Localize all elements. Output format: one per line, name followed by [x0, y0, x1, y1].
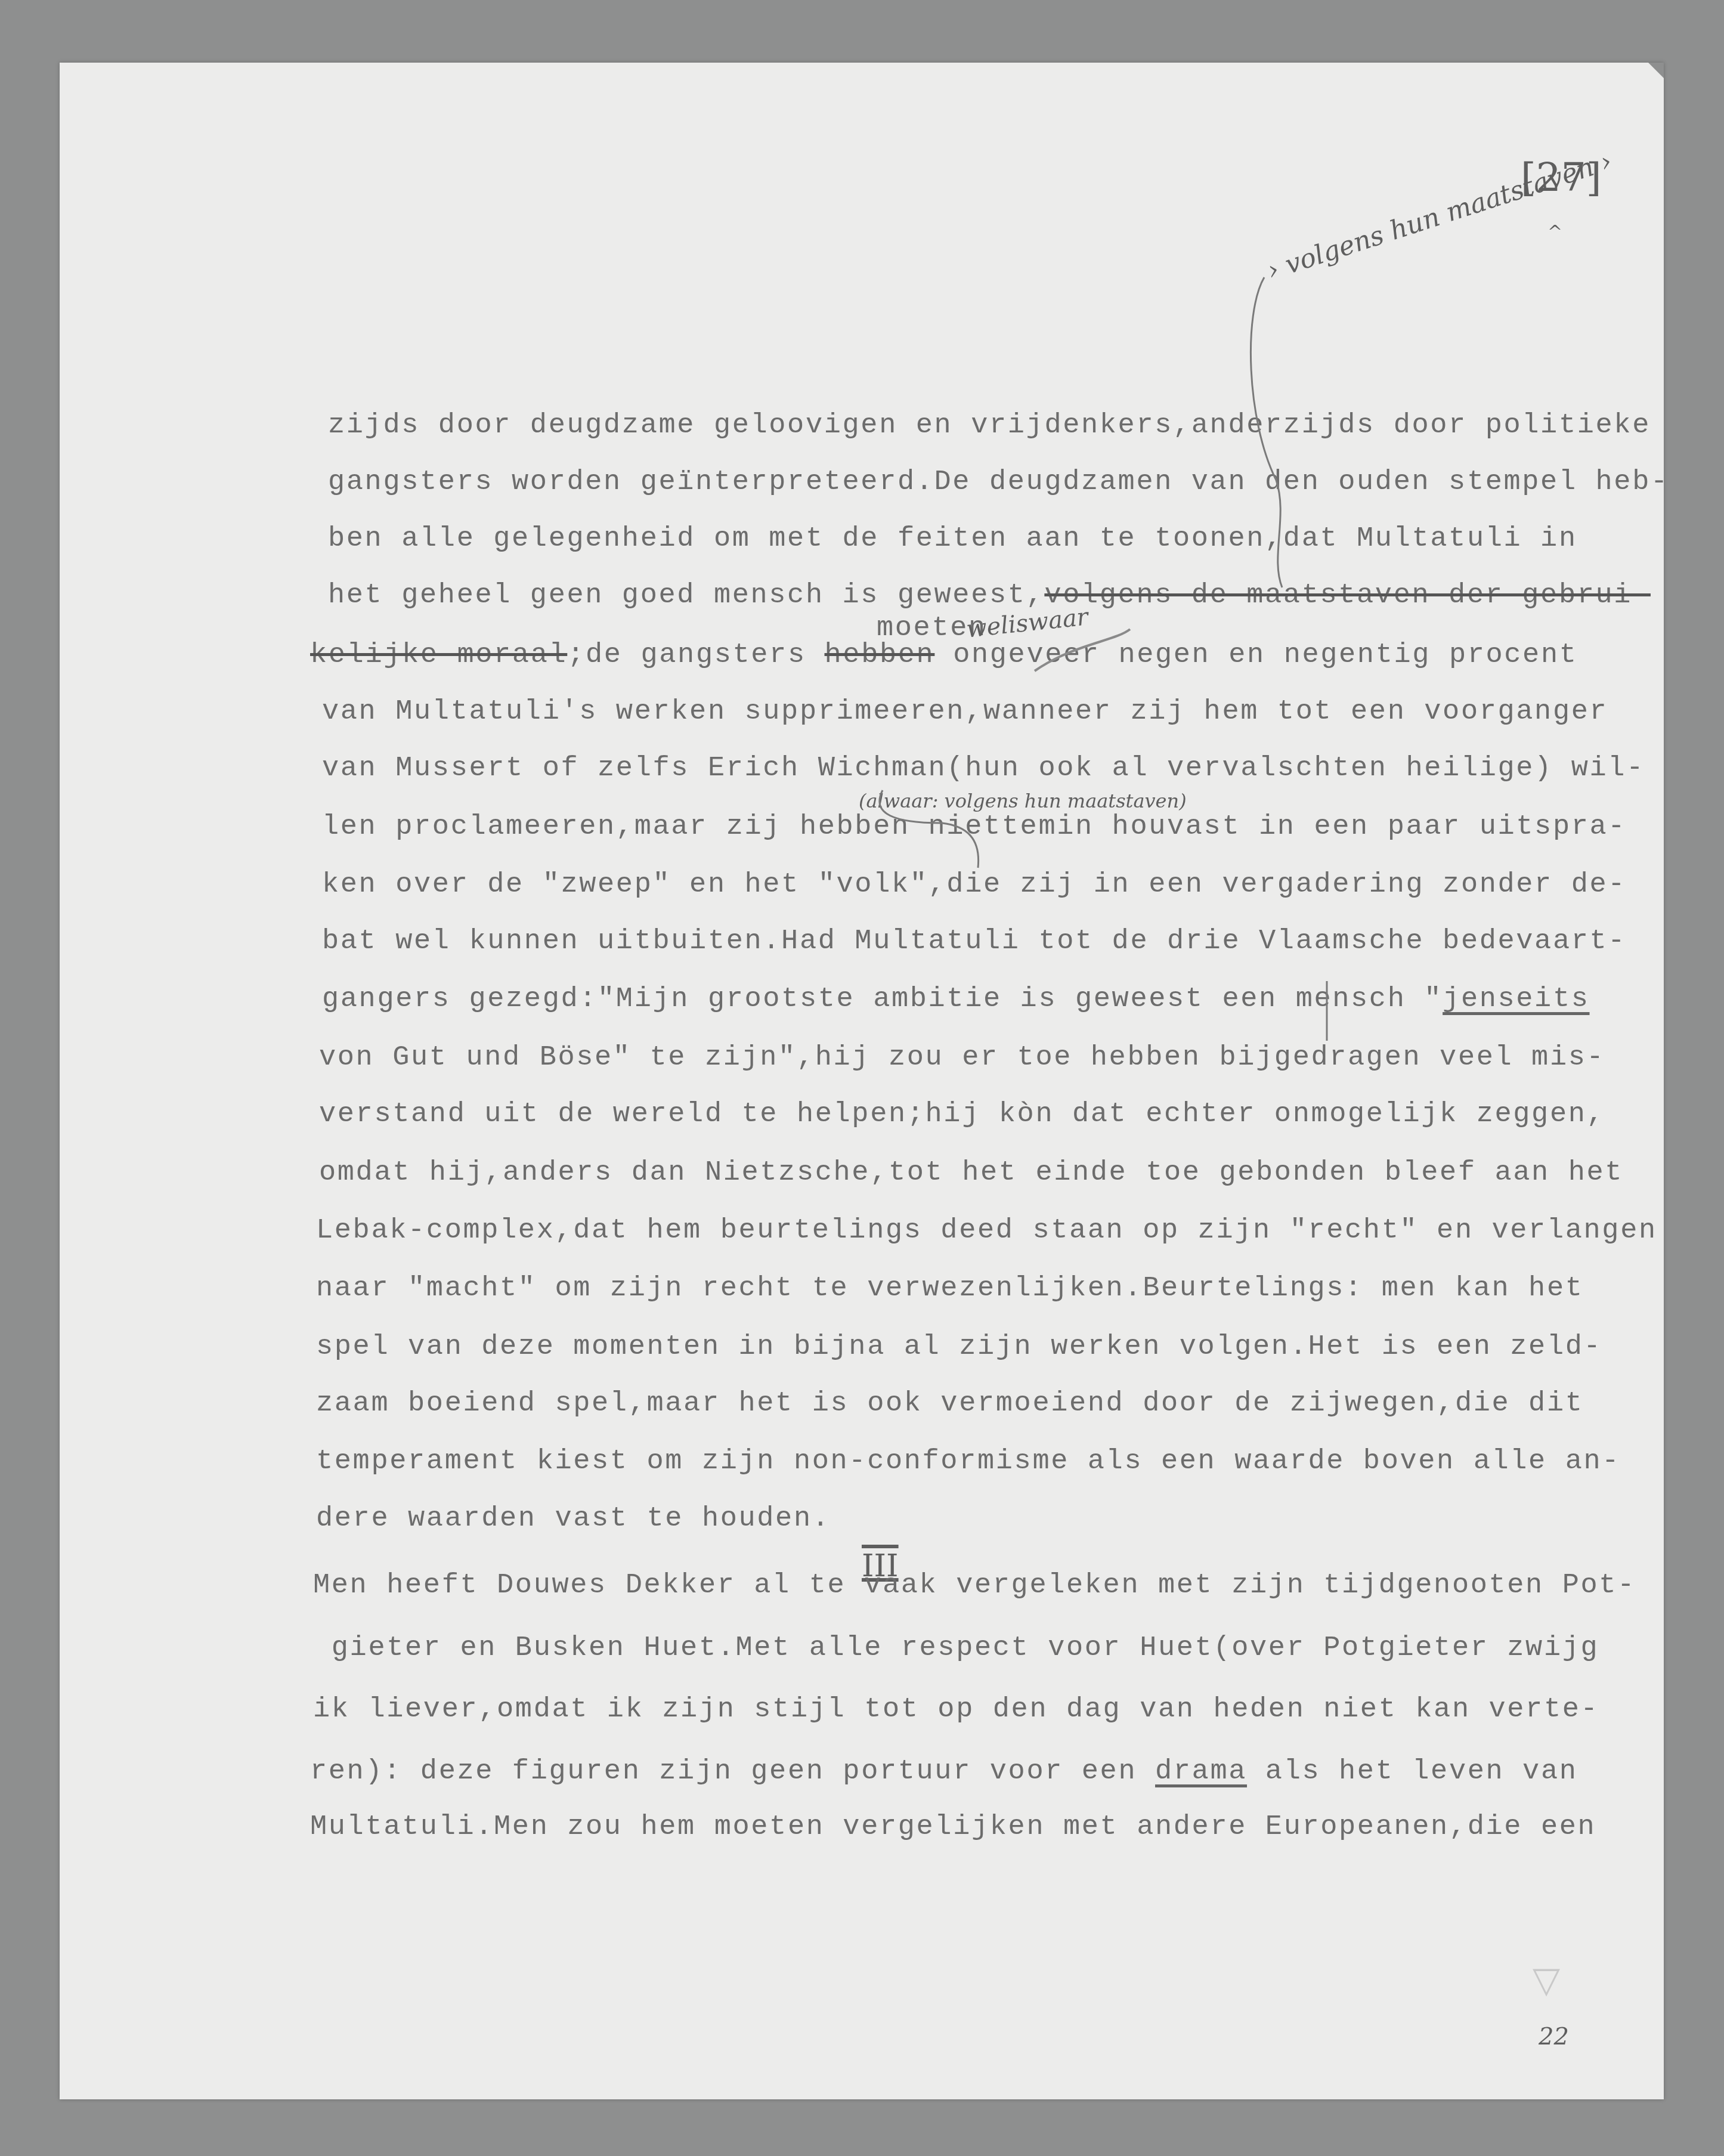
struck-text: hebben — [825, 639, 935, 671]
line-text: dere waarden vast te houden. — [316, 1503, 831, 1535]
typed-line-6: van Multatuli's werken supprimeeren,wann… — [322, 698, 1608, 726]
line-text: bat wel kunnen uitbuiten.Had Multatuli t… — [322, 926, 1626, 957]
line-text: zaam boeiend spel,maar het is ook vermoe… — [316, 1388, 1584, 1419]
typed-line-9: ken over de "zweep" en het "volk",die zi… — [322, 871, 1626, 899]
line-text: van Mussert of zelfs Erich Wichman(hun o… — [322, 753, 1645, 784]
line-text: len proclameeren,maar zij hebben niettem… — [322, 811, 1626, 843]
typed-line-25: Multatuli.Men zou hem moeten vergelijken… — [310, 1813, 1596, 1841]
line-text: ren): deze figuren zijn geen portuur voo… — [310, 1756, 1155, 1787]
struck-text: kelijke moraal — [310, 639, 567, 671]
typed-line-12: von Gut und Böse" te zijn",hij zou er to… — [319, 1044, 1605, 1072]
line-text: naar "macht" om zijn recht te verwezenli… — [316, 1273, 1584, 1304]
typed-line-10: bat wel kunnen uitbuiten.Had Multatuli t… — [322, 927, 1626, 955]
typed-line-23: ik liever,omdat ik zijn stijl tot op den… — [313, 1696, 1599, 1724]
typed-line-5: kelijke moraal;de gangsters hebben ongev… — [310, 641, 1578, 669]
line-text: ongeveer negen en negentig procent — [934, 639, 1577, 671]
line-text: gangers gezegd:"Mijn grootste ambitie is… — [322, 983, 1443, 1015]
typescript-page: [27] ^ › volgens hun maatstaven › zijds … — [60, 63, 1664, 2099]
line-text: temperament kiest om zijn non-conformism… — [316, 1446, 1620, 1477]
underlined-text: jenseits — [1443, 983, 1589, 1015]
struck-text: volgens de maatstaven der gebrui- — [1044, 580, 1651, 611]
typed-line-7: van Mussert of zelfs Erich Wichman(hun o… — [322, 754, 1645, 782]
typed-line-16: naar "macht" om zijn recht te verwezenli… — [316, 1275, 1584, 1303]
typed-line-8: len proclameeren,maar zij hebben niettem… — [322, 813, 1626, 841]
line-text: omdat hij,anders dan Nietzsche,tot het e… — [319, 1157, 1623, 1189]
faint-pencil-sketch: ▽ — [1533, 1962, 1560, 1998]
line-text: Multatuli.Men zou hem moeten vergelijken… — [310, 1811, 1596, 1843]
line-text: het geheel geen goed mensch is geweest, — [328, 580, 1044, 611]
typed-line-2: gangsters worden geïnterpreteerd.De deug… — [328, 468, 1669, 496]
typed-line-4: het geheel geen goed mensch is geweest,v… — [328, 581, 1651, 610]
caret-mark: ^ — [1547, 224, 1562, 242]
marginal-note-top-right: › volgens hun maatstaven › — [1264, 148, 1615, 284]
marginal-note-alwaar: (alwaar: volgens hun maatstaven) — [859, 791, 1187, 811]
typed-line-11: gangers gezegd:"Mijn grootste ambitie is… — [322, 985, 1590, 1013]
typed-line-14: omdat hij,anders dan Nietzsche,tot het e… — [319, 1159, 1623, 1187]
typed-line-21: Men heeft Douwes Dekker al te vaak verge… — [313, 1572, 1636, 1600]
line-text: verstand uit de wereld te helpen;hij kòn… — [319, 1099, 1605, 1130]
line-text: spel van deze momenten in bijna al zijn … — [316, 1331, 1602, 1363]
typed-line-1: zijds door deugdzame geloovigen en vrijd… — [328, 412, 1651, 440]
typed-line-15: Lebak-complex,dat hem beurtelings deed s… — [316, 1217, 1657, 1245]
line-text: von Gut und Böse" te zijn",hij zou er to… — [319, 1042, 1605, 1074]
line-text: Men heeft Douwes Dekker al te vaak verge… — [313, 1570, 1636, 1601]
typed-line-13: verstand uit de wereld te helpen;hij kòn… — [319, 1100, 1605, 1128]
line-text: ben alle gelegenheid om met de feiten aa… — [328, 523, 1577, 555]
typed-line-18: zaam boeiend spel,maar het is ook vermoe… — [316, 1390, 1584, 1418]
line-text: Lebak-complex,dat hem beurtelings deed s… — [316, 1215, 1657, 1246]
typed-line-22: gieter en Busken Huet.Met alle respect v… — [313, 1634, 1599, 1662]
line-text: ;de gangsters — [567, 639, 824, 671]
typed-line-24: ren): deze figuren zijn geen portuur voo… — [310, 1758, 1578, 1786]
typed-line-3: ben alle gelegenheid om met de feiten aa… — [328, 525, 1577, 553]
line-text: gangsters worden geïnterpreteerd.De deug… — [328, 466, 1669, 498]
pencil-marks — [60, 63, 1664, 2099]
line-text: van Multatuli's werken supprimeeren,wann… — [322, 696, 1608, 728]
line-text: als het leven van — [1247, 1756, 1577, 1787]
underlined-text: drama — [1155, 1756, 1247, 1787]
line-text: ken over de "zweep" en het "volk",die zi… — [322, 869, 1626, 901]
typed-line-19: temperament kiest om zijn non-conformism… — [316, 1447, 1620, 1476]
line-text: ik liever,omdat ik zijn stijl tot op den… — [313, 1694, 1599, 1725]
line-text: zijds door deugdzame geloovigen en vrijd… — [328, 410, 1651, 441]
typed-line-17: spel van deze momenten in bijna al zijn … — [316, 1333, 1602, 1361]
line-text: gieter en Busken Huet.Met alle respect v… — [313, 1632, 1599, 1664]
typed-line-20: dere waarden vast te houden. — [316, 1505, 831, 1533]
bottom-page-number: 22 — [1539, 2025, 1569, 2049]
